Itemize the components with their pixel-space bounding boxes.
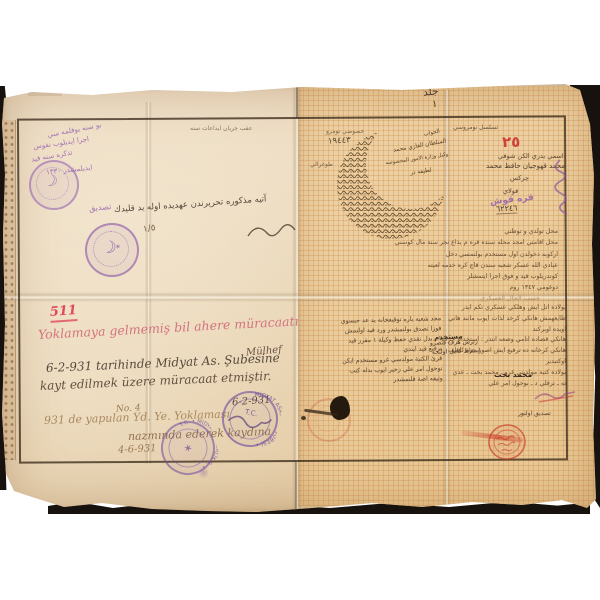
ink-blot [330, 396, 350, 420]
ottoman-crescent-stamp-1: ☾ [29, 160, 79, 210]
handwritten-insert-2: محمد بخت [494, 371, 532, 380]
serial-number-label: تسلسل نومروسي [453, 125, 498, 132]
fold-crease-center-top [296, 84, 298, 118]
ottoman-crescent-stamp-2: ☾ ✶ [85, 223, 139, 277]
listing-page: { "icons": {"crescent": "☾", "star": "✶"… [0, 0, 600, 600]
text-line: دوغومي ١٣٤٧ روم [426, 282, 558, 293]
purple-signature-scribble [546, 158, 574, 218]
faded-line: حسب الحال العسكري [480, 295, 540, 302]
signature-flourish [246, 220, 298, 246]
purple-red-margin-stroke [533, 389, 577, 405]
margin-word-tugrali: طوغرالي [310, 162, 333, 169]
certify-label: تصديق اولنور [518, 411, 551, 418]
text-line: محل تولدي و توطني [426, 226, 558, 237]
text-line: بولاده اتل ايش وهلكي عسكري تكم ايدر [426, 303, 566, 314]
tughra-crescent-emblem: الجواب السلطان الغازي محمد وكيل وزارة ال… [335, 118, 457, 242]
ink-blot-dot [301, 416, 306, 420]
stamp-tc-midyat-1: MİDYAT ASKERLİK ŞUBESİ • T.C. [216, 385, 285, 454]
red-official-stamp [485, 421, 529, 463]
text-line: ته ـ ترفلي د ـ نوحول امر علي [426, 379, 566, 390]
text-line: اركوبه دخولدن اول مستخدم بولنمسي دخل [426, 249, 558, 260]
text-line: كوندريلوب قيد و فوق اجرا ايتمشلر [426, 271, 558, 282]
fraction-note: ١/٥ [142, 223, 156, 235]
registry-number-line: ٦٢٢٤٦ [496, 203, 518, 214]
purple-smudge-below-border [198, 466, 209, 479]
fold-crease-center-bottom [295, 462, 297, 510]
handwritten-annotation-block: مجد شعبه باره توقيفخانه يد عد حبسويفوزا … [295, 314, 443, 388]
personal-details-paragraph: محل تولدي و توطنيمحل اقامتي امجد محله سن… [426, 226, 558, 294]
text-line: عبادي الله عسكر شعبه سندن قاچ كره خدمه ل… [426, 260, 558, 271]
star-icon: ✶ [115, 243, 121, 251]
info-line-3: چرکس [510, 175, 529, 182]
volume-word: جلد [422, 85, 439, 99]
text-line: طايعهمش هانكي كرخد لذات ايوب مانند هاني [426, 314, 566, 325]
emblem-line: الجواب [423, 128, 441, 137]
red-register-number: 511 [49, 304, 77, 323]
volume-number: ١ [432, 99, 437, 111]
latin-line-date-2: 4-6-931 [118, 443, 157, 457]
top-left-smudge [28, 86, 62, 96]
text-line: محل اقامتي امجد محله سنده قره م بذاع نجر… [426, 237, 558, 248]
binding-stub-perforations [3, 120, 16, 460]
purple-word-tasdik: تصديق [89, 202, 112, 213]
left-header-note: عقب جريان ايداعات سنه [190, 126, 252, 133]
document-paper: عقب جريان ايداعات سنه بو سنه يوقلمه سي ا… [2, 84, 598, 512]
serial-number-red: ٢٥ [502, 134, 520, 151]
text-line: اوكتبدير [426, 357, 566, 368]
